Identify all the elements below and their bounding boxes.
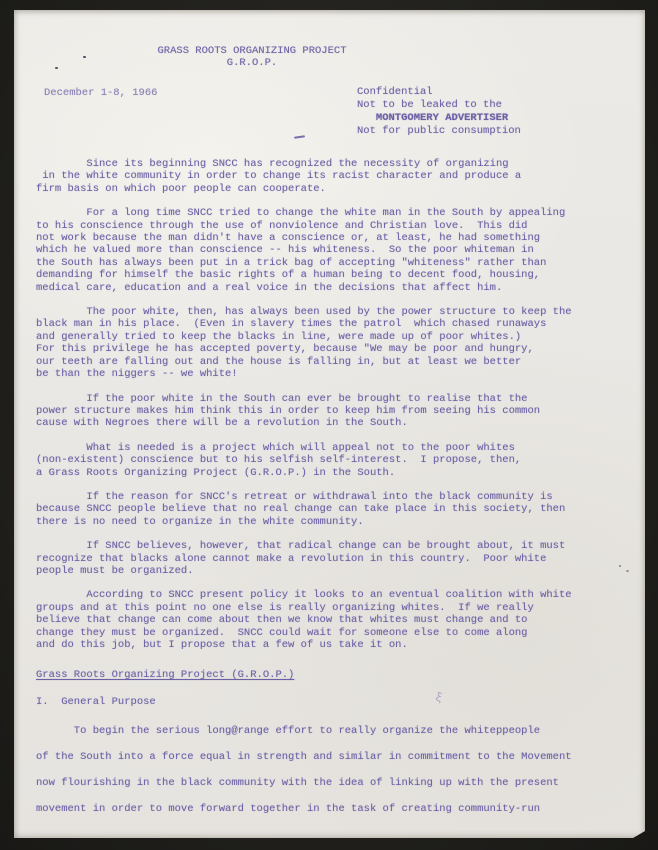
confidential-line-advertiser: MONTGOMERY ADVERTISER	[357, 112, 521, 125]
stray-ink-dash	[294, 135, 305, 139]
paragraph-coalition: According to SNCC present policy it look…	[36, 589, 631, 651]
confidential-line: Confidential	[357, 86, 521, 99]
document-title-acronym: G.R.O.P.	[14, 57, 490, 69]
paragraph-intro: Since its beginning SNCC has recognized …	[36, 158, 631, 195]
section-body-general-purpose: To begin the serious long@range effort t…	[36, 718, 631, 822]
paragraph-poor-white: The poor white, then, has always been us…	[36, 306, 631, 380]
section-heading-grop: Grass Roots Organizing Project (G.R.O.P.…	[36, 669, 631, 681]
paragraph-proposal: What is needed is a project which will a…	[36, 442, 631, 479]
confidential-notice: Confidential Not to be leaked to the MON…	[357, 86, 521, 138]
paragraph-retreat: If the reason for SNCC's retreat or with…	[36, 491, 631, 528]
document-body: Since its beginning SNCC has recognized …	[36, 158, 631, 822]
paragraph-revolution: If the poor white in the South can ever …	[36, 393, 631, 430]
document-page: GRASS ROOTS ORGANIZING PROJECT G.R.O.P. …	[14, 10, 645, 838]
confidential-line: Not for public consumption	[357, 125, 521, 138]
paragraph-radical-change: If SNCC believes, however, that radical …	[36, 540, 631, 577]
ink-speck	[626, 570, 629, 572]
confidential-line: Not to be leaked to the	[357, 99, 521, 112]
ink-speck	[83, 56, 86, 58]
ink-speck	[55, 67, 58, 69]
section-item-general-purpose: I. General Purpose	[36, 696, 631, 708]
paragraph-conscience: For a long time SNCC tried to change the…	[36, 207, 631, 294]
document-date: December 1-8, 1966	[44, 87, 157, 99]
ink-speck	[619, 565, 621, 567]
